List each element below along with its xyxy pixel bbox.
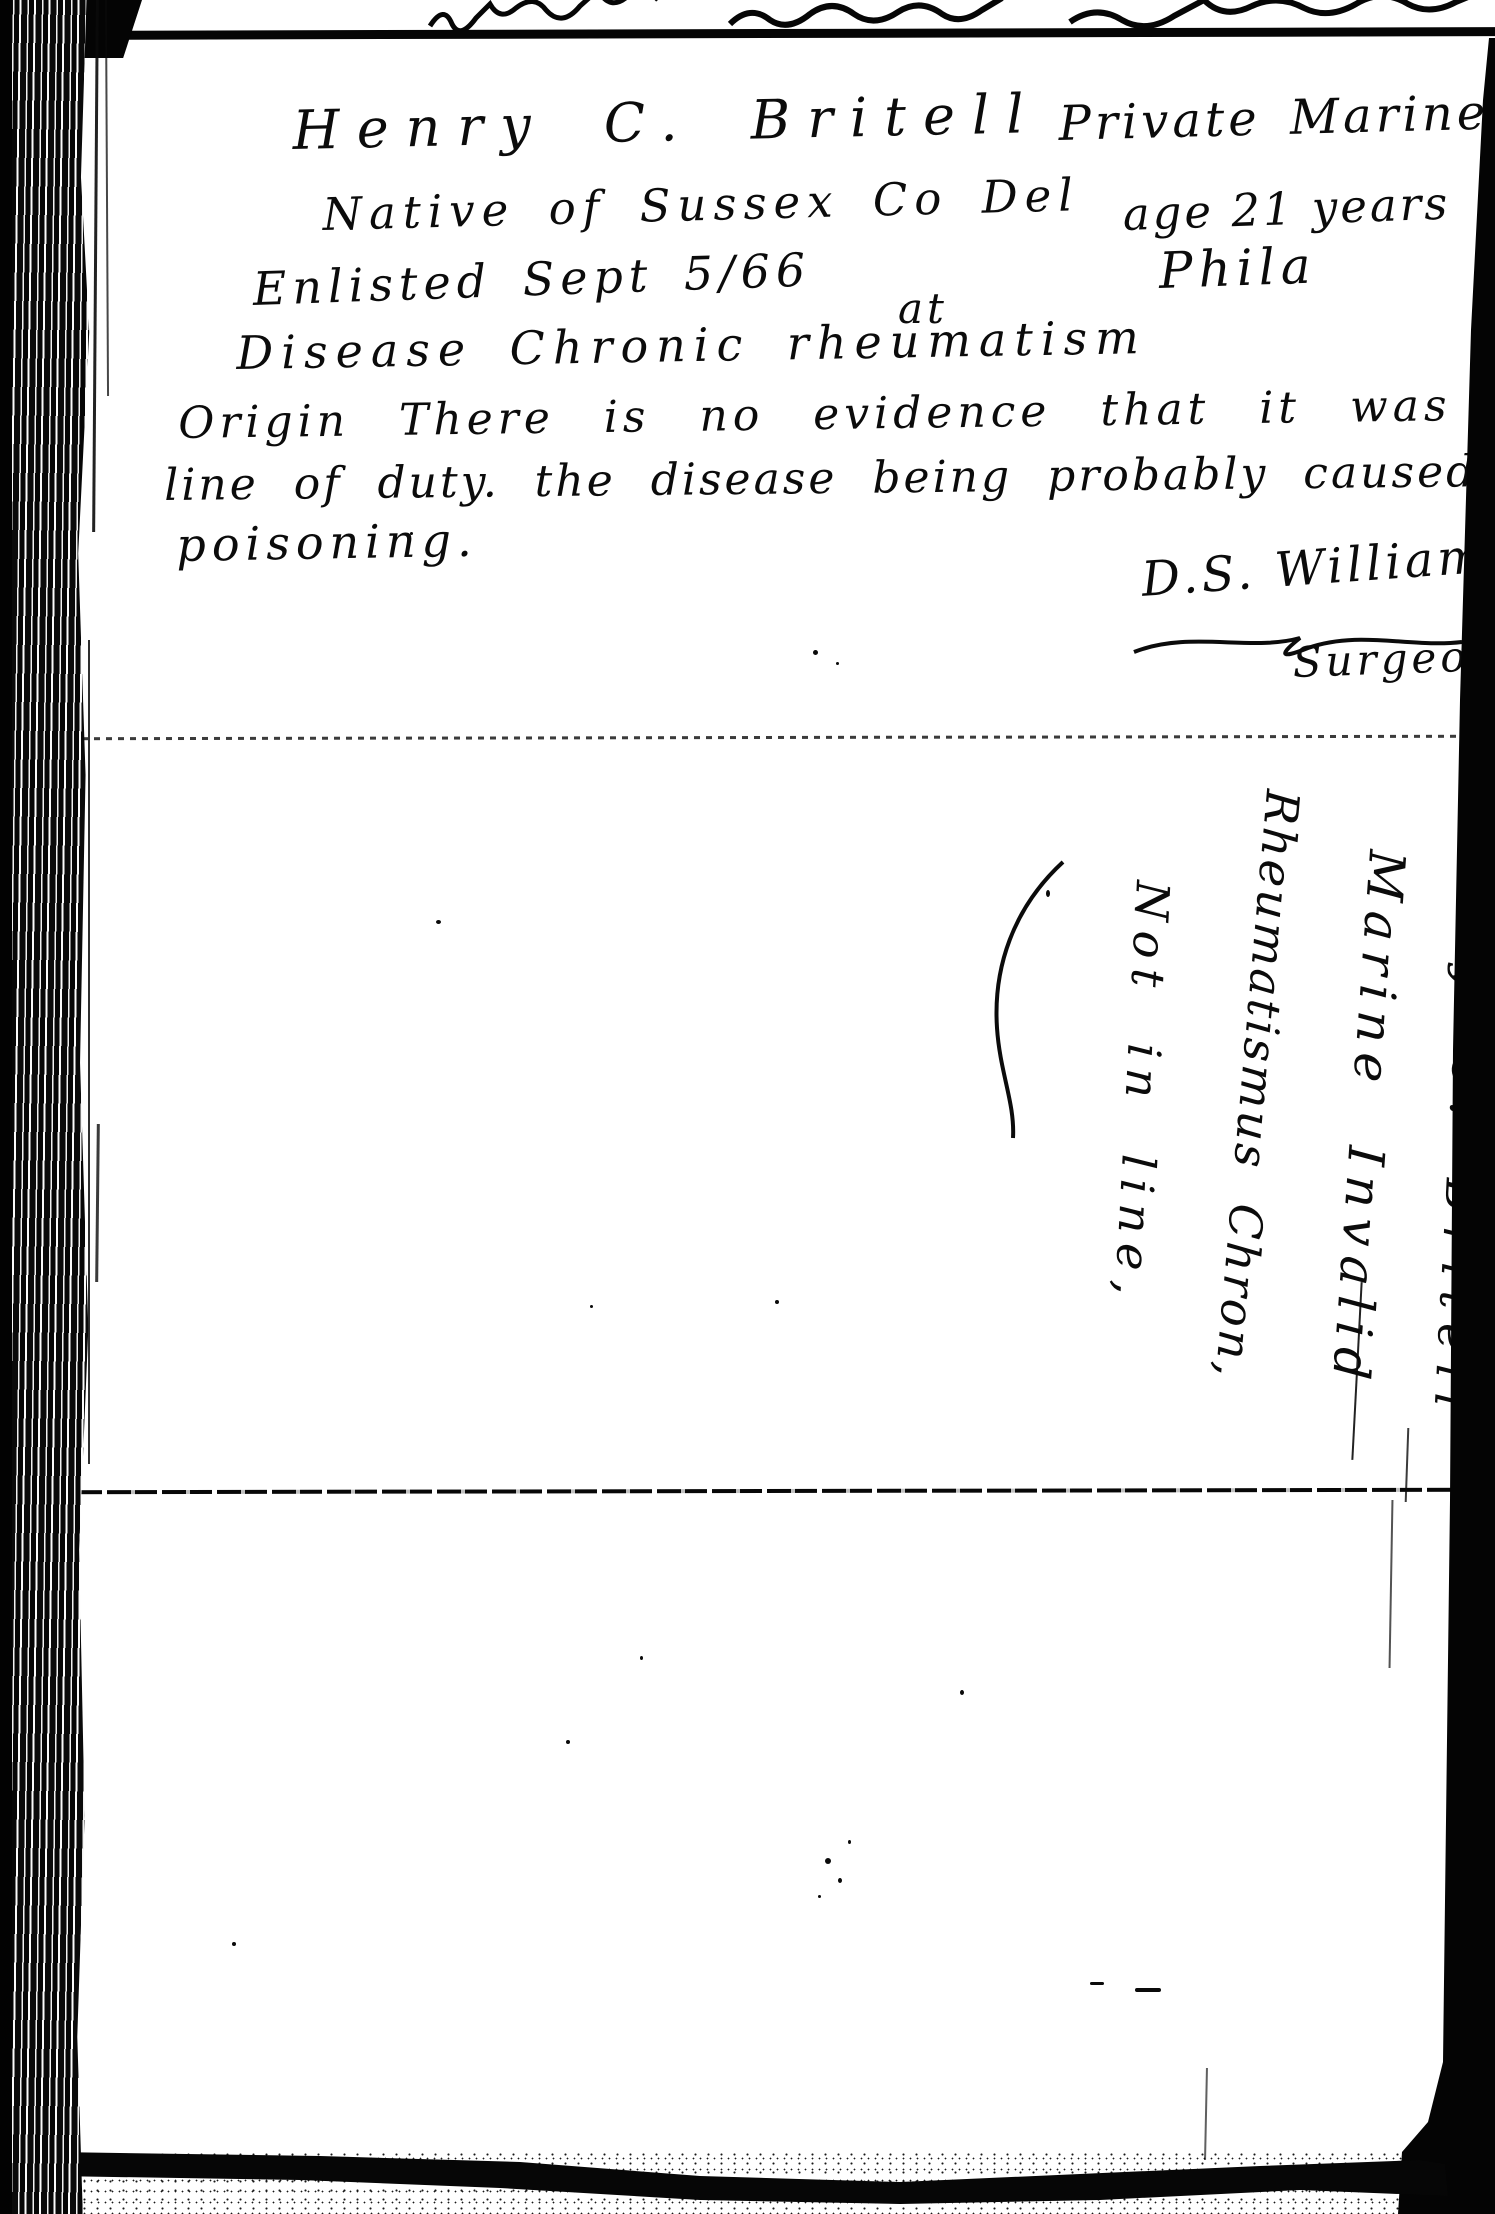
- ink-speck: [1046, 890, 1050, 897]
- docket-note-vertical: Not in line,: [1108, 880, 1176, 1307]
- docket-name-vertical: Henry C. Britell: [1427, 790, 1495, 1424]
- enlistment-place: Phila: [1158, 240, 1317, 295]
- crease-line: [1389, 1500, 1394, 1668]
- crease-tick: [1405, 1428, 1410, 1502]
- ink-speck: [566, 1740, 570, 1744]
- section-divider-lower: [52, 1488, 1486, 1495]
- disease-line: Disease Chronic rheumatism: [236, 314, 1147, 376]
- surgeon-title: Surgeon: [1292, 635, 1495, 684]
- native-of-line: Native of Sussex Co Del: [322, 172, 1080, 237]
- top-scan-edge-rule: [66, 27, 1495, 40]
- patient-name: Henry C. Britell: [292, 87, 1041, 158]
- ink-smudge: [1090, 1982, 1104, 1985]
- spine-streak: [88, 640, 90, 1464]
- remarks-line-2: line of duty. the disease being probably…: [164, 448, 1495, 508]
- pen-flourish-curve: [985, 858, 1075, 1143]
- ink-speck: [825, 1858, 831, 1864]
- ink-smudge: [1135, 1988, 1161, 1992]
- docket-diagnosis-vertical: Rheumatismus Chron,: [1209, 788, 1306, 1382]
- ink-speck: [818, 1895, 821, 1898]
- ink-speck: [813, 650, 818, 655]
- ink-speck: [410, 532, 413, 535]
- docket-status-vertical: Marine Invalid: [1324, 849, 1412, 1392]
- ink-speck: [436, 920, 441, 924]
- spine-streak: [92, 0, 99, 532]
- scanned-document-page: Henry C. Britell Private Marine Native o…: [0, 0, 1495, 2214]
- ink-speck: [848, 1840, 851, 1844]
- remarks-line-1: Origin There is no evidence that it was …: [178, 383, 1495, 446]
- book-spine-scan-band: [0, 0, 92, 2214]
- spine-streak: [95, 1124, 100, 1282]
- remarks-line-3: poisoning.: [176, 517, 478, 568]
- ink-speck: [775, 1300, 779, 1304]
- spine-streak: [105, 0, 109, 396]
- ink-speck: [640, 1656, 643, 1660]
- age-line: age 21 years: [1122, 181, 1451, 237]
- ink-speck: [838, 1878, 842, 1883]
- enlistment-date-line: Enlisted Sept 5/66: [252, 247, 812, 312]
- ink-speck: [836, 662, 839, 665]
- crease-line-bottom: [1204, 2068, 1208, 2160]
- rank-label: Private Marine: [1058, 89, 1490, 148]
- bottom-speckle-noise: [0, 2150, 1495, 2214]
- ink-speck: [590, 1305, 593, 1308]
- surgeon-signature: D.S. Williams: [1140, 530, 1495, 604]
- section-divider-upper: [58, 735, 1486, 740]
- ink-speck: [960, 1690, 964, 1695]
- ink-speck: [232, 1942, 236, 1946]
